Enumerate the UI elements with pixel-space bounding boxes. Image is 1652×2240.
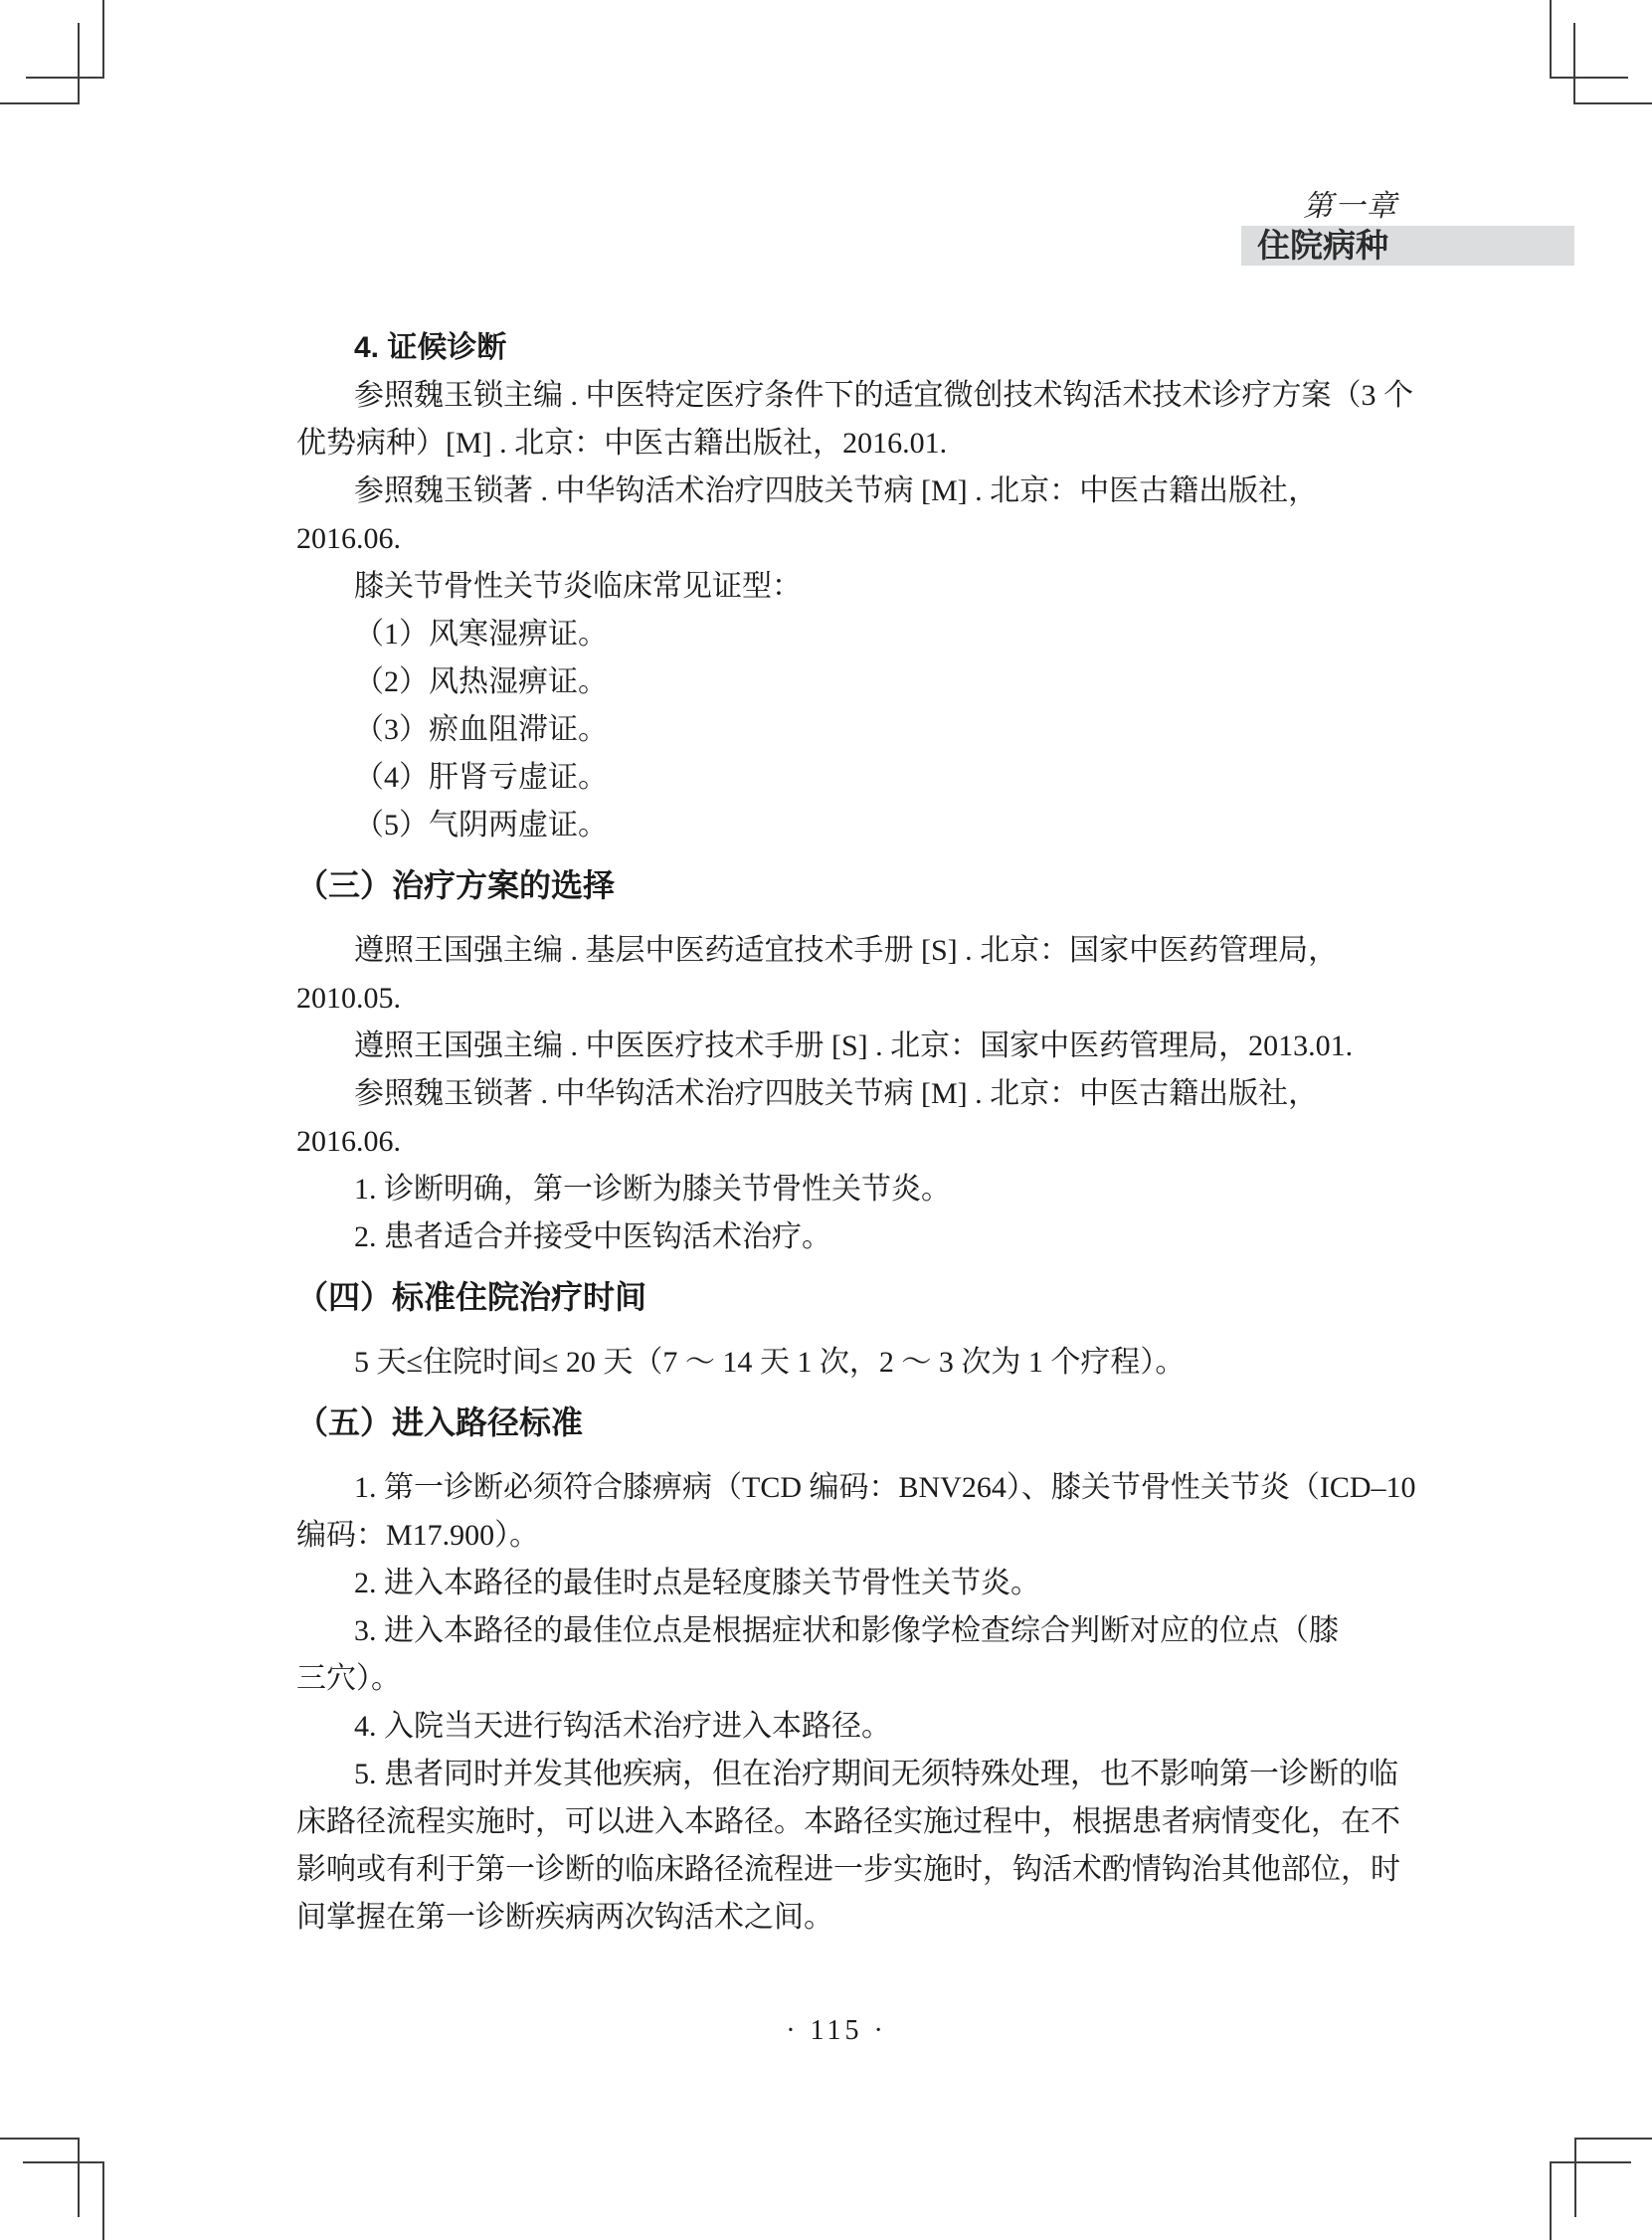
- paragraph-line: 参照魏玉锁著 . 中华钩活术治疗四肢关节病 [M] . 北京：中医古籍出版社，: [296, 1070, 1377, 1118]
- paragraph: （4）肝肾亏虚证。: [296, 754, 1377, 802]
- paragraph-line: 遵照王国强主编 . 中医医疗技术手册 [S] . 北京：国家中医药管理局，201…: [296, 1023, 1377, 1070]
- section-subheading: 4. 证候诊断: [296, 324, 1377, 372]
- paragraph: 1. 第一诊断必须符合膝痹病（TCD 编码：BNV264）、膝关节骨性关节炎（I…: [296, 1464, 1377, 1560]
- heading-line: （五）进入路径标准: [296, 1399, 1377, 1446]
- heading-line: （四）标准住院治疗时间: [296, 1273, 1377, 1321]
- paragraph: 5. 患者同时并发其他疾病，但在治疗期间无须特殊处理，也不影响第一诊断的临床路径…: [296, 1751, 1377, 1942]
- paragraph: 遵照王国强主编 . 中医医疗技术手册 [S] . 北京：国家中医药管理局，201…: [296, 1023, 1377, 1070]
- paragraph-line: 1. 第一诊断必须符合膝痹病（TCD 编码：BNV264）、膝关节骨性关节炎（I…: [296, 1464, 1377, 1512]
- paragraph: 参照魏玉锁著 . 中华钩活术治疗四肢关节病 [M] . 北京：中医古籍出版社，2…: [296, 467, 1377, 563]
- paragraph: 参照魏玉锁著 . 中华钩活术治疗四肢关节病 [M] . 北京：中医古籍出版社，2…: [296, 1070, 1377, 1166]
- paragraph-line: 5 天≤住院时间≤ 20 天（7 ～ 14 天 1 次，2 ～ 3 次为 1 个…: [296, 1339, 1377, 1387]
- section-heading: （五）进入路径标准: [296, 1399, 1377, 1446]
- paragraph: （5）气阴两虚证。: [296, 802, 1377, 849]
- paragraph-line: 优势病种）[M] . 北京：中医古籍出版社，2016.01.: [296, 420, 1377, 467]
- paragraph-line: 参照魏玉锁主编 . 中医特定医疗条件下的适宜微创技术钩活术技术诊疗方案（3 个: [296, 372, 1377, 420]
- paragraph-line: 编码：M17.900）。: [296, 1512, 1377, 1560]
- section-heading: （三）治疗方案的选择: [296, 861, 1377, 909]
- paragraph-line: 遵照王国强主编 . 基层中医药适宜技术手册 [S] . 北京：国家中医药管理局，: [296, 927, 1377, 975]
- crop-mark-bottom-right-inner: [1550, 2161, 1631, 2240]
- paragraph-line: 2010.05.: [296, 975, 1377, 1023]
- chapter-title: 住院病种: [1241, 226, 1574, 266]
- paragraph-line: 参照魏玉锁著 . 中华钩活术治疗四肢关节病 [M] . 北京：中医古籍出版社，: [296, 467, 1377, 515]
- chapter-label: 第一章: [1303, 181, 1398, 225]
- paragraph: 5 天≤住院时间≤ 20 天（7 ～ 14 天 1 次，2 ～ 3 次为 1 个…: [296, 1339, 1377, 1387]
- paragraph-line: （4）肝肾亏虚证。: [296, 754, 1377, 802]
- paragraph: 3. 进入本路径的最佳位点是根据症状和影像学检查综合判断对应的位点（膝三穴）。: [296, 1607, 1377, 1703]
- paragraph: 膝关节骨性关节炎临床常见证型：: [296, 563, 1377, 611]
- paragraph: （3）瘀血阻滞证。: [296, 706, 1377, 754]
- crop-mark-bottom-left-inner: [23, 2161, 104, 2240]
- paragraph-line: （5）气阴两虚证。: [296, 802, 1377, 849]
- paragraph-line: 5. 患者同时并发其他疾病，但在治疗期间无须特殊处理，也不影响第一诊断的临: [296, 1751, 1377, 1798]
- paragraph-line: 4. 入院当天进行钩活术治疗进入本路径。: [296, 1703, 1377, 1751]
- paragraph-line: 床路径流程实施时，可以进入本路径。本路径实施过程中，根据患者病情变化，在不: [296, 1798, 1377, 1846]
- paragraph-line: 2. 患者适合并接受中医钩活术治疗。: [296, 1213, 1377, 1261]
- paragraph: 遵照王国强主编 . 基层中医药适宜技术手册 [S] . 北京：国家中医药管理局，…: [296, 927, 1377, 1023]
- paragraph: 4. 入院当天进行钩活术治疗进入本路径。: [296, 1703, 1377, 1751]
- paragraph: 2. 患者适合并接受中医钩活术治疗。: [296, 1213, 1377, 1261]
- crop-mark-top-right-inner: [1573, 23, 1652, 104]
- paragraph: （1）风寒湿痹证。: [296, 611, 1377, 658]
- section-heading: （四）标准住院治疗时间: [296, 1273, 1377, 1321]
- paragraph-line: （2）风热湿痹证。: [296, 658, 1377, 706]
- document-body: 4. 证候诊断参照魏玉锁主编 . 中医特定医疗条件下的适宜微创技术钩活术技术诊疗…: [296, 324, 1377, 1942]
- paragraph: 参照魏玉锁主编 . 中医特定医疗条件下的适宜微创技术钩活术技术诊疗方案（3 个优…: [296, 372, 1377, 467]
- document-page: 第一章 住院病种 4. 证候诊断参照魏玉锁主编 . 中医特定医疗条件下的适宜微创…: [0, 0, 1652, 2240]
- heading-line: （三）治疗方案的选择: [296, 861, 1377, 909]
- heading-line: 4. 证候诊断: [296, 324, 1377, 372]
- paragraph-line: 2016.06.: [296, 515, 1377, 563]
- chapter-title-bar: 住院病种: [1241, 226, 1574, 266]
- paragraph: （2）风热湿痹证。: [296, 658, 1377, 706]
- paragraph: 2. 进入本路径的最佳时点是轻度膝关节骨性关节炎。: [296, 1560, 1377, 1607]
- paragraph-line: 影响或有利于第一诊断的临床路径流程进一步实施时，钩活术酌情钩治其他部位，时: [296, 1846, 1377, 1894]
- paragraph-line: 三穴）。: [296, 1655, 1377, 1703]
- paragraph-line: 膝关节骨性关节炎临床常见证型：: [296, 563, 1377, 611]
- paragraph-line: 间掌握在第一诊断疾病两次钩活术之间。: [296, 1894, 1377, 1942]
- paragraph-line: （3）瘀血阻滞证。: [296, 706, 1377, 754]
- page-number: · 115 ·: [296, 2015, 1377, 2047]
- paragraph: 1. 诊断明确，第一诊断为膝关节骨性关节炎。: [296, 1166, 1377, 1213]
- paragraph-line: （1）风寒湿痹证。: [296, 611, 1377, 658]
- paragraph-line: 3. 进入本路径的最佳位点是根据症状和影像学检查综合判断对应的位点（膝: [296, 1607, 1377, 1655]
- crop-mark-top-left-inner: [0, 23, 80, 104]
- paragraph-line: 1. 诊断明确，第一诊断为膝关节骨性关节炎。: [296, 1166, 1377, 1213]
- paragraph-line: 2. 进入本路径的最佳时点是轻度膝关节骨性关节炎。: [296, 1560, 1377, 1607]
- paragraph-line: 2016.06.: [296, 1118, 1377, 1166]
